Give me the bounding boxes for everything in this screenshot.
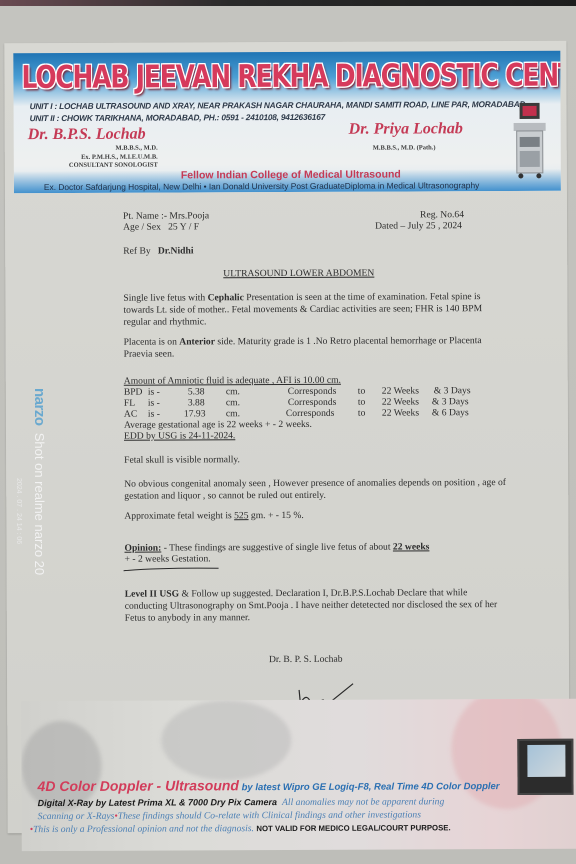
text: This is only a Professional opinion and … bbox=[33, 823, 254, 835]
text: gm. + - 15 %. bbox=[248, 510, 303, 521]
doctor2-qualifications: M.B.B.S., M.D. (Path.) bbox=[373, 144, 436, 153]
footer-by-text: by latest Wipro GE Logiq-F8, Real Time 4… bbox=[239, 781, 500, 793]
unit2-address: UNIT II : CHOWK TARIKHANA, MORADABAD, PH… bbox=[30, 112, 325, 123]
doctor1-qual-line: Ex. P.M.H.S., M.I.E.U.M.B. bbox=[69, 153, 158, 162]
letterhead-banner: LOCHAB JEEVAN REKHA DIAGNOSTIC CENTRE UN… bbox=[13, 51, 561, 193]
level2-usg: Level II USG bbox=[125, 588, 179, 599]
presentation-value: Cephalic bbox=[208, 292, 244, 303]
not-valid-notice: NOT VALID FOR MEDICO LEGAL/COURT PURPOSE… bbox=[256, 823, 450, 833]
xray-screen bbox=[527, 745, 565, 777]
doctor1-qual-line: M.B.B.S., M.D. bbox=[69, 145, 158, 154]
findings-fetus: Single live fetus with Cephalic Presenta… bbox=[123, 291, 508, 329]
edd: EDD by USG is 24-11-2024. bbox=[124, 430, 235, 442]
text: Single live fetus with bbox=[123, 292, 207, 303]
fetal-skull: Fetal skull is visible normally. bbox=[124, 454, 240, 467]
patient-name-value: Mrs.Pooja bbox=[169, 210, 209, 221]
doctor1-qual-line: CONSULTANT SONOLOGIST bbox=[69, 162, 158, 171]
text: Scanning or X-Rays bbox=[38, 811, 115, 822]
text: to bbox=[358, 408, 366, 420]
fetal-weight-value: 525 bbox=[234, 510, 248, 521]
fellowship-line: Fellow Indian College of Medical Ultraso… bbox=[181, 169, 401, 182]
opinion-line2: + - 2 weeks Gestation. bbox=[125, 553, 211, 565]
text: & Follow up suggested. Declaration I, Dr… bbox=[125, 587, 498, 623]
report-date: Dated – July 25 , 2024 bbox=[375, 220, 462, 232]
ultrasound-machine-icon bbox=[510, 101, 550, 181]
opinion-label: Opinion: bbox=[124, 543, 161, 554]
doctor1-qualifications: M.B.B.S., M.D. Ex. P.M.H.S., M.I.E.U.M.B… bbox=[69, 145, 158, 171]
footer-note1: All anomalies may not be apparent during bbox=[282, 796, 444, 808]
patient-age-sex: Age / Sex 25 Y / F bbox=[123, 221, 199, 233]
report-title: ULTRASOUND LOWER ABDOMEN bbox=[223, 268, 374, 281]
findings-placenta: Placenta is on Anterior side. Maturity g… bbox=[124, 335, 509, 361]
placenta-position: Anterior bbox=[179, 336, 215, 347]
watermark-date: 2024 . 07 . 24 14 : 06 bbox=[15, 478, 22, 544]
footer-xray-text: Digital X-Ray by Latest Prima XL & 7000 … bbox=[38, 797, 277, 808]
opinion-weeks: 22 weeks bbox=[393, 541, 430, 552]
doctor2-qual-line: M.B.B.S., M.D. (Path.) bbox=[373, 144, 436, 153]
age-sex-label: Age / Sex bbox=[123, 222, 161, 233]
narzo-logo: narzo bbox=[31, 388, 48, 426]
text: Placenta is on bbox=[124, 336, 180, 347]
report-body: Pt. Name :- Mrs.Pooja Age / Sex 25 Y / F… bbox=[115, 209, 515, 211]
report-paper: LOCHAB JEEVAN REKHA DIAGNOSTIC CENTRE UN… bbox=[4, 41, 569, 833]
centre-name: LOCHAB JEEVAN REKHA DIAGNOSTIC CENTRE bbox=[21, 57, 541, 96]
pen-underline bbox=[123, 566, 223, 572]
text: - These findings are suggestive of singl… bbox=[161, 542, 393, 554]
unit1-address: UNIT I : LOCHAB ULTRASOUND AND XRAY, NEA… bbox=[30, 99, 526, 111]
experience-line: Ex. Doctor Safdarjung Hospital, New Delh… bbox=[44, 180, 479, 192]
referred-by: Ref By Dr.Nidhi bbox=[123, 245, 193, 257]
ref-by-value: Dr.Nidhi bbox=[158, 245, 194, 256]
anomaly-note: No obvious congenital anomaly seen , How… bbox=[124, 477, 509, 503]
patient-name-label: Pt. Name :- bbox=[123, 211, 167, 222]
text: These findings should Co-relate with Cli… bbox=[118, 809, 421, 821]
measure-weeks: 22 Weeks bbox=[382, 407, 419, 419]
age-sex-value: 25 Y / F bbox=[168, 221, 199, 232]
doctor1-name: Dr. B.P.S. Lochab bbox=[28, 126, 146, 145]
footer-xray-line: Digital X-Ray by Latest Prima XL & 7000 … bbox=[38, 796, 445, 809]
declaration: Level II USG & Follow up suggested. Decl… bbox=[125, 587, 510, 625]
footer-disclaimer-line: •This is only a Professional opinion and… bbox=[30, 822, 451, 835]
watermark-text: Shot on realme narzo 20 bbox=[32, 433, 47, 575]
fetal-weight: Approximate fetal weight is 525 gm. + - … bbox=[124, 510, 303, 523]
ref-by-label: Ref By bbox=[123, 246, 151, 257]
camera-watermark: narzo Shot on realme narzo 20 bbox=[31, 388, 48, 575]
signatory-name: Dr. B. P. S. Lochab bbox=[269, 654, 343, 666]
text: Approximate fetal weight is bbox=[124, 510, 234, 521]
footer-main-text: 4D Color Doppler - Ultrasound bbox=[37, 777, 239, 794]
xray-monitor-icon bbox=[517, 739, 573, 795]
footer-banner: 4D Color Doppler - Ultrasound by latest … bbox=[21, 699, 576, 851]
measure-days: & 6 Days bbox=[432, 407, 469, 419]
doctor2-name: Dr. Priya Lochab bbox=[349, 120, 463, 138]
footer-headline: 4D Color Doppler - Ultrasound by latest … bbox=[37, 776, 499, 794]
footer-note-line: Scanning or X-Rays•These findings should… bbox=[38, 809, 421, 822]
footer-photo-center bbox=[161, 700, 291, 781]
